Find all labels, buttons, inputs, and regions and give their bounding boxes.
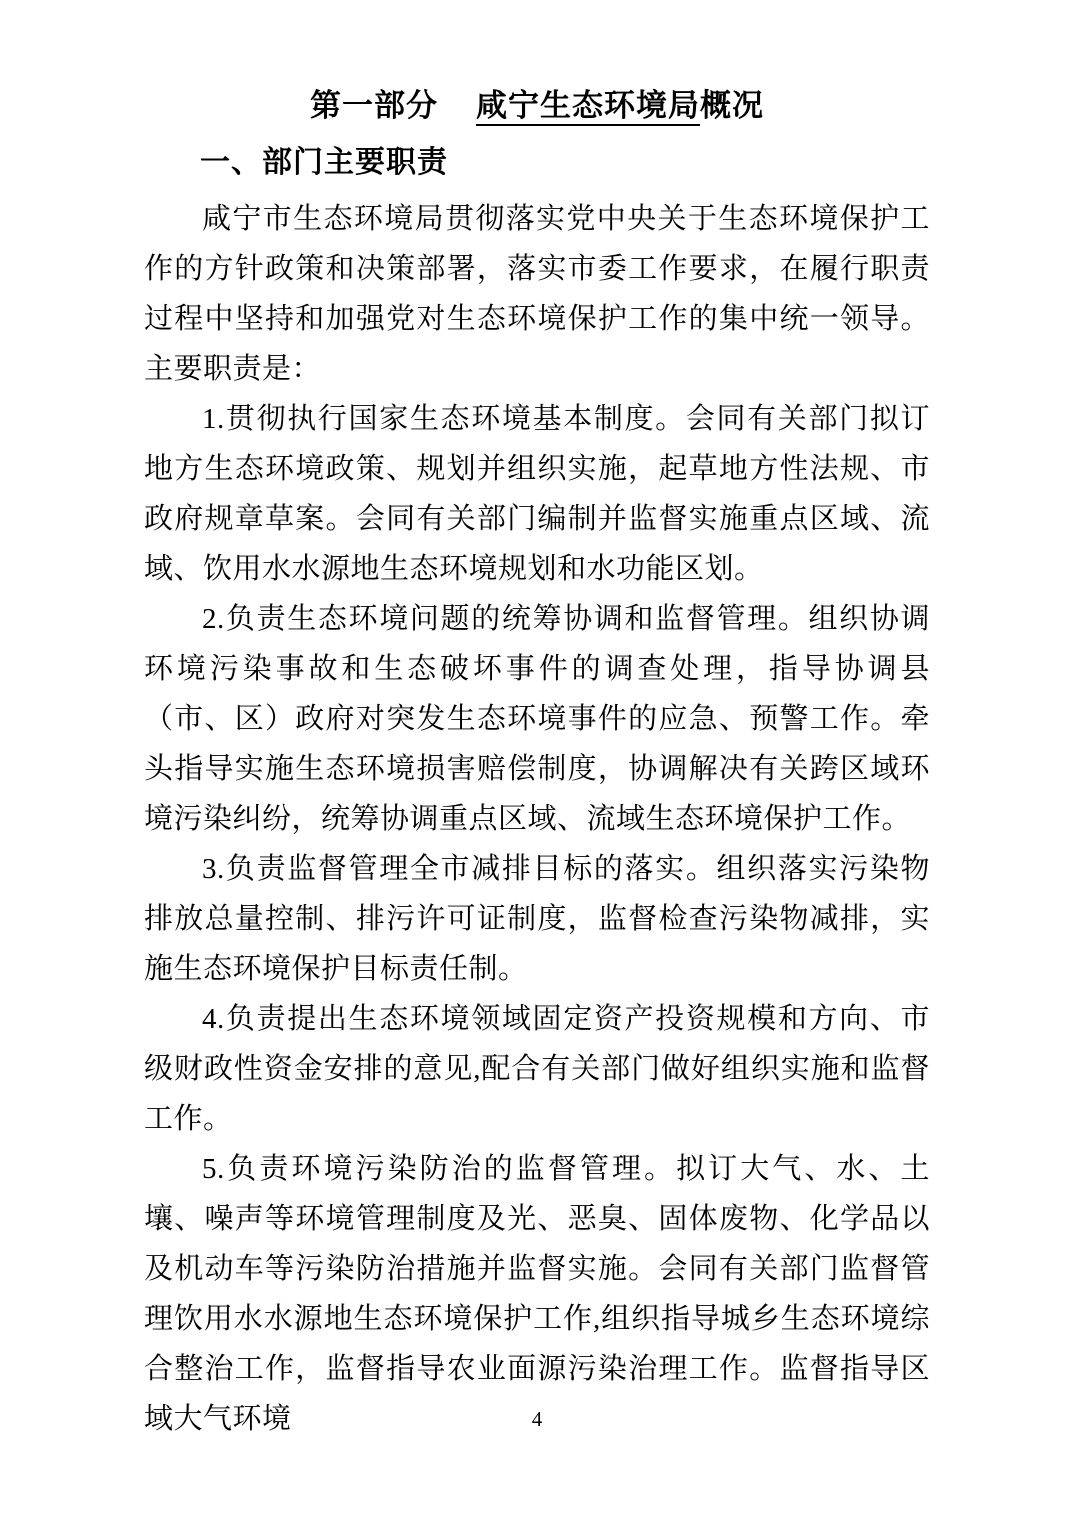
duty-item: 3.负责监督管理全市减排目标的落实。组织落实污染物排放总量控制、排污许可证制度，…	[144, 844, 930, 994]
duty-list: 1.贯彻执行国家生态环境基本制度。会同有关部门拟订地方生态环境政策、规划并组织实…	[144, 394, 930, 1444]
section-heading: 一、部门主要职责	[144, 142, 930, 184]
document-page: 第一部分咸宁生态环境局概况 一、部门主要职责 咸宁市生态环境局贯彻落实党中央关于…	[0, 0, 1074, 1520]
page-number: 4	[0, 1406, 1074, 1432]
title-suffix: 概况	[700, 88, 764, 123]
duty-item: 2.负责生态环境问题的统筹协调和监督管理。组织协调环境污染事故和生态破坏事件的调…	[144, 594, 930, 844]
document-content: 第一部分咸宁生态环境局概况 一、部门主要职责 咸宁市生态环境局贯彻落实党中央关于…	[0, 86, 1074, 1444]
duty-item: 5.负责环境污染防治的监督管理。拟订大气、水、土壤、噪声等环境管理制度及光、恶臭…	[144, 1144, 930, 1444]
body-text: 咸宁市生态环境局贯彻落实党中央关于生态环境保护工作的方针政策和决策部署，落实市委…	[144, 194, 930, 1444]
document-title: 第一部分咸宁生态环境局概况	[144, 86, 930, 126]
duty-item: 4.负责提出生态环境领域固定资产投资规模和方向、市级财政性资金安排的意见,配合有…	[144, 994, 930, 1144]
title-part-label: 第一部分	[310, 88, 438, 123]
duty-item: 1.贯彻执行国家生态环境基本制度。会同有关部门拟订地方生态环境政策、规划并组织实…	[144, 394, 930, 594]
title-bureau-name-underlined: 咸宁生态环境局	[476, 88, 700, 126]
intro-paragraph: 咸宁市生态环境局贯彻落实党中央关于生态环境保护工作的方针政策和决策部署，落实市委…	[144, 194, 930, 394]
